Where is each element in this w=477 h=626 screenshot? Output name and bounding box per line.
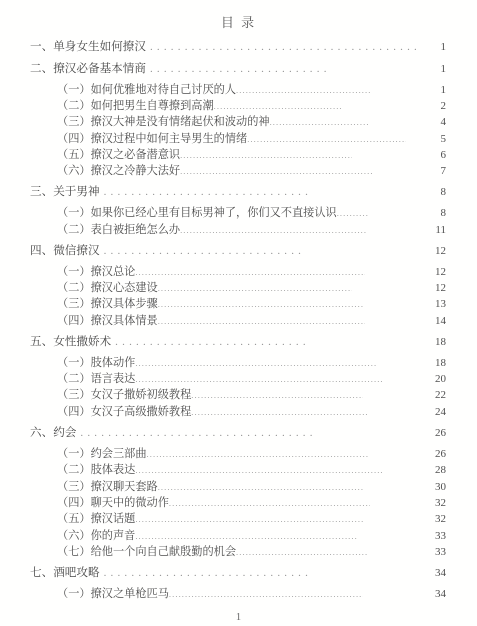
toc-entry-label: （三）女汉子撒娇初级教程 xyxy=(57,387,191,403)
toc-entry-page: 1 xyxy=(420,61,446,78)
dot-leader: ........................................… xyxy=(270,114,370,130)
dot-leader: ........................................… xyxy=(158,280,352,296)
dot-leader: ........................................… xyxy=(146,39,420,56)
toc-entry-label: （三）撩汉聊天套路 xyxy=(57,479,158,495)
toc-entry: （一）撩汉总论.................................… xyxy=(30,264,446,280)
toc-entry: （四）撩汉过程中如何主导男生的情绪.......................… xyxy=(30,131,446,147)
toc-entry-label: （二）如何把男生自尊撩到高潮 xyxy=(57,98,214,114)
toc-entry: （二）语言表达.................................… xyxy=(30,371,446,387)
toc-entry: （一）约会三部曲................................… xyxy=(30,446,446,462)
toc-entry-label: （二）肢体表达 xyxy=(57,462,135,478)
dot-leader: ........................................… xyxy=(247,131,406,147)
toc-entry-page: 5 xyxy=(420,131,446,147)
toc-entry-page: 20 xyxy=(420,371,446,387)
toc-entry-page: 4 xyxy=(420,114,446,130)
toc-entry: （四）女汉子高级撒娇教程............................… xyxy=(30,404,446,420)
toc-entry: （二）肢体表达.................................… xyxy=(30,462,446,478)
dot-leader: ........................................… xyxy=(135,371,384,387)
toc-entry-page: 12 xyxy=(420,264,446,280)
toc-entry: 三、关于男神..................................… xyxy=(30,183,446,200)
toc-entry-label: （一）约会三部曲 xyxy=(57,446,147,462)
toc-entry-label: （四）撩汉具体情景 xyxy=(57,313,158,329)
toc-entry: （五）撩汉话题.................................… xyxy=(30,511,446,527)
toc-entry: 六、约会....................................… xyxy=(30,424,446,441)
toc-entry: （二）撩汉心态建设...............................… xyxy=(30,280,446,296)
toc-entry-label: （六）你的声音 xyxy=(57,528,135,544)
toc-entry-label: 七、酒吧攻略 xyxy=(30,564,100,581)
toc-entry-page: 33 xyxy=(420,544,446,560)
toc-entry: 二、撩汉必备基本情商..............................… xyxy=(30,60,446,77)
toc-entry-label: （一）撩汉总论 xyxy=(57,264,135,280)
dot-leader: ........................................… xyxy=(158,296,363,312)
toc-entry-label: （二）语言表达 xyxy=(57,371,135,387)
dot-leader: ........................................… xyxy=(236,544,368,560)
dot-leader: ........................................… xyxy=(146,61,330,78)
toc-entry-page: 18 xyxy=(420,355,446,371)
toc-entry: （一）如何优雅地对待自己讨厌的人........................… xyxy=(30,82,446,98)
toc-entry: （四）聊天中的微动作..............................… xyxy=(30,495,446,511)
page-title: 目 录 xyxy=(0,12,477,31)
toc-entry: 四、微信撩汉..................................… xyxy=(30,242,446,259)
dot-leader: ........................................… xyxy=(111,334,305,351)
dot-leader: ........................................… xyxy=(337,205,368,221)
toc-entry-page: 2 xyxy=(420,98,446,114)
toc-entry-label: （五）撩汉之必备潜意识 xyxy=(57,147,180,163)
toc-entry-label: 五、女性撒娇术 xyxy=(30,333,111,350)
toc-entry-label: （三）撩汉大神是没有情绪起伏和波动的神 xyxy=(57,114,270,130)
toc-entry: 七、酒吧攻略..................................… xyxy=(30,564,446,581)
toc-entry-page: 7 xyxy=(420,163,446,179)
toc-entry-page: 12 xyxy=(420,243,446,260)
toc-entry: （二）表白被拒绝怎么办.............................… xyxy=(30,222,446,238)
dot-leader: ........................................… xyxy=(76,425,312,442)
toc-entry: （五）撩汉之必备潜意识.............................… xyxy=(30,147,446,163)
toc-entry: （一）如果你已经心里有目标男神了，你们又不直接认识...............… xyxy=(30,205,446,221)
toc-entry-page: 30 xyxy=(420,479,446,495)
toc-entry: （三）女汉子撒娇初级教程............................… xyxy=(30,387,446,403)
toc-entry-page: 1 xyxy=(420,39,446,56)
dot-leader: ........................................… xyxy=(191,404,368,420)
toc-entry-page: 34 xyxy=(420,565,446,582)
toc-entry-label: （二）撩汉心态建设 xyxy=(57,280,158,296)
toc-entry-label: （五）撩汉话题 xyxy=(57,511,135,527)
toc-entry: （一）撩汉之单枪匹马..............................… xyxy=(30,586,446,602)
toc-entry-page: 8 xyxy=(420,205,446,221)
toc-entry-label: （六）撩汉之冷静大法好 xyxy=(57,163,180,179)
toc-entry-page: 32 xyxy=(420,511,446,527)
toc-entry-label: 二、撩汉必备基本情商 xyxy=(30,60,146,77)
toc-entry: （三）撩汉大神是没有情绪起伏和波动的神.....................… xyxy=(30,114,446,130)
toc-entry-label: （一）肢体动作 xyxy=(57,355,135,371)
toc-entry-page: 34 xyxy=(420,586,446,602)
toc-entry: （一）肢体动作.................................… xyxy=(30,355,446,371)
toc-entry-page: 8 xyxy=(420,184,446,201)
toc-entry-page: 18 xyxy=(420,334,446,351)
toc-entry-page: 12 xyxy=(420,280,446,296)
toc-entry-page: 32 xyxy=(420,495,446,511)
dot-leader: ........................................… xyxy=(180,147,352,163)
dot-leader: ........................................… xyxy=(169,586,363,602)
dot-leader: ........................................… xyxy=(236,82,370,98)
toc-entry: 一、单身女生如何撩汉..............................… xyxy=(30,38,446,55)
toc-entry: 五、女性撒娇术.................................… xyxy=(30,333,446,350)
toc-entry-page: 28 xyxy=(420,462,446,478)
toc-entry-page: 6 xyxy=(420,147,446,163)
toc-entry-page: 11 xyxy=(420,222,446,238)
toc-entry: （六）你的声音.................................… xyxy=(30,528,446,544)
toc-entry: （二）如何把男生自尊撩到高潮..........................… xyxy=(30,98,446,114)
toc-entry-label: （二）表白被拒绝怎么办 xyxy=(57,222,180,238)
dot-leader: ........................................… xyxy=(135,264,365,280)
dot-leader: ........................................… xyxy=(158,313,365,329)
toc-entry: （三）撩汉具体步骤...............................… xyxy=(30,296,446,312)
dot-leader: ........................................… xyxy=(100,184,312,201)
toc-entry: （七）给他一个向自己献殷勤的机会........................… xyxy=(30,544,446,560)
toc-entry-label: （七）给他一个向自己献殷勤的机会 xyxy=(57,544,236,560)
toc-entry-label: （四）聊天中的微动作 xyxy=(57,495,169,511)
toc-entry-page: 24 xyxy=(420,404,446,420)
toc-entry-page: 13 xyxy=(420,296,446,312)
dot-leader: ........................................… xyxy=(135,355,376,371)
dot-leader: ........................................… xyxy=(135,511,363,527)
toc-entry: （四）撩汉具体情景...............................… xyxy=(30,313,446,329)
toc-entry-label: 六、约会 xyxy=(30,424,76,441)
toc-entry-page: 22 xyxy=(420,387,446,403)
dot-leader: ........................................… xyxy=(158,479,363,495)
dot-leader: ........................................… xyxy=(169,495,370,511)
dot-leader: ........................................… xyxy=(180,163,374,179)
dot-leader: ........................................… xyxy=(135,528,358,544)
toc-entry-label: （四）撩汉过程中如何主导男生的情绪 xyxy=(57,131,247,147)
toc-entry-page: 26 xyxy=(420,446,446,462)
dot-leader: ........................................… xyxy=(100,565,312,582)
document-page: 目 录 一、单身女生如何撩汉..........................… xyxy=(0,0,477,626)
toc-entry-label: 三、关于男神 xyxy=(30,183,100,200)
dot-leader: ........................................… xyxy=(191,387,363,403)
table-of-contents: 一、单身女生如何撩汉..............................… xyxy=(30,34,446,602)
toc-entry: （三）撩汉聊天套路...............................… xyxy=(30,479,446,495)
toc-entry-label: 四、微信撩汉 xyxy=(30,242,100,259)
toc-entry-label: （一）如何优雅地对待自己讨厌的人 xyxy=(57,82,236,98)
toc-entry-label: （一）撩汉之单枪匹马 xyxy=(57,586,169,602)
toc-entry: （六）撩汉之冷静大法好.............................… xyxy=(30,163,446,179)
toc-entry-page: 33 xyxy=(420,528,446,544)
toc-entry-label: （一）如果你已经心里有目标男神了，你们又不直接认识 xyxy=(57,205,337,221)
dot-leader: ........................................… xyxy=(135,462,382,478)
footer-page-number: 1 xyxy=(0,612,477,623)
toc-entry-label: 一、单身女生如何撩汉 xyxy=(30,38,146,55)
dot-leader: ........................................… xyxy=(100,243,302,260)
toc-entry-page: 26 xyxy=(420,425,446,442)
toc-entry-label: （四）女汉子高级撒娇教程 xyxy=(57,404,191,420)
toc-entry-page: 1 xyxy=(420,82,446,98)
toc-entry-page: 14 xyxy=(420,313,446,329)
dot-leader: ........................................… xyxy=(214,98,342,114)
toc-entry-label: （三）撩汉具体步骤 xyxy=(57,296,158,312)
dot-leader: ........................................… xyxy=(180,222,366,238)
dot-leader: ........................................… xyxy=(147,446,368,462)
